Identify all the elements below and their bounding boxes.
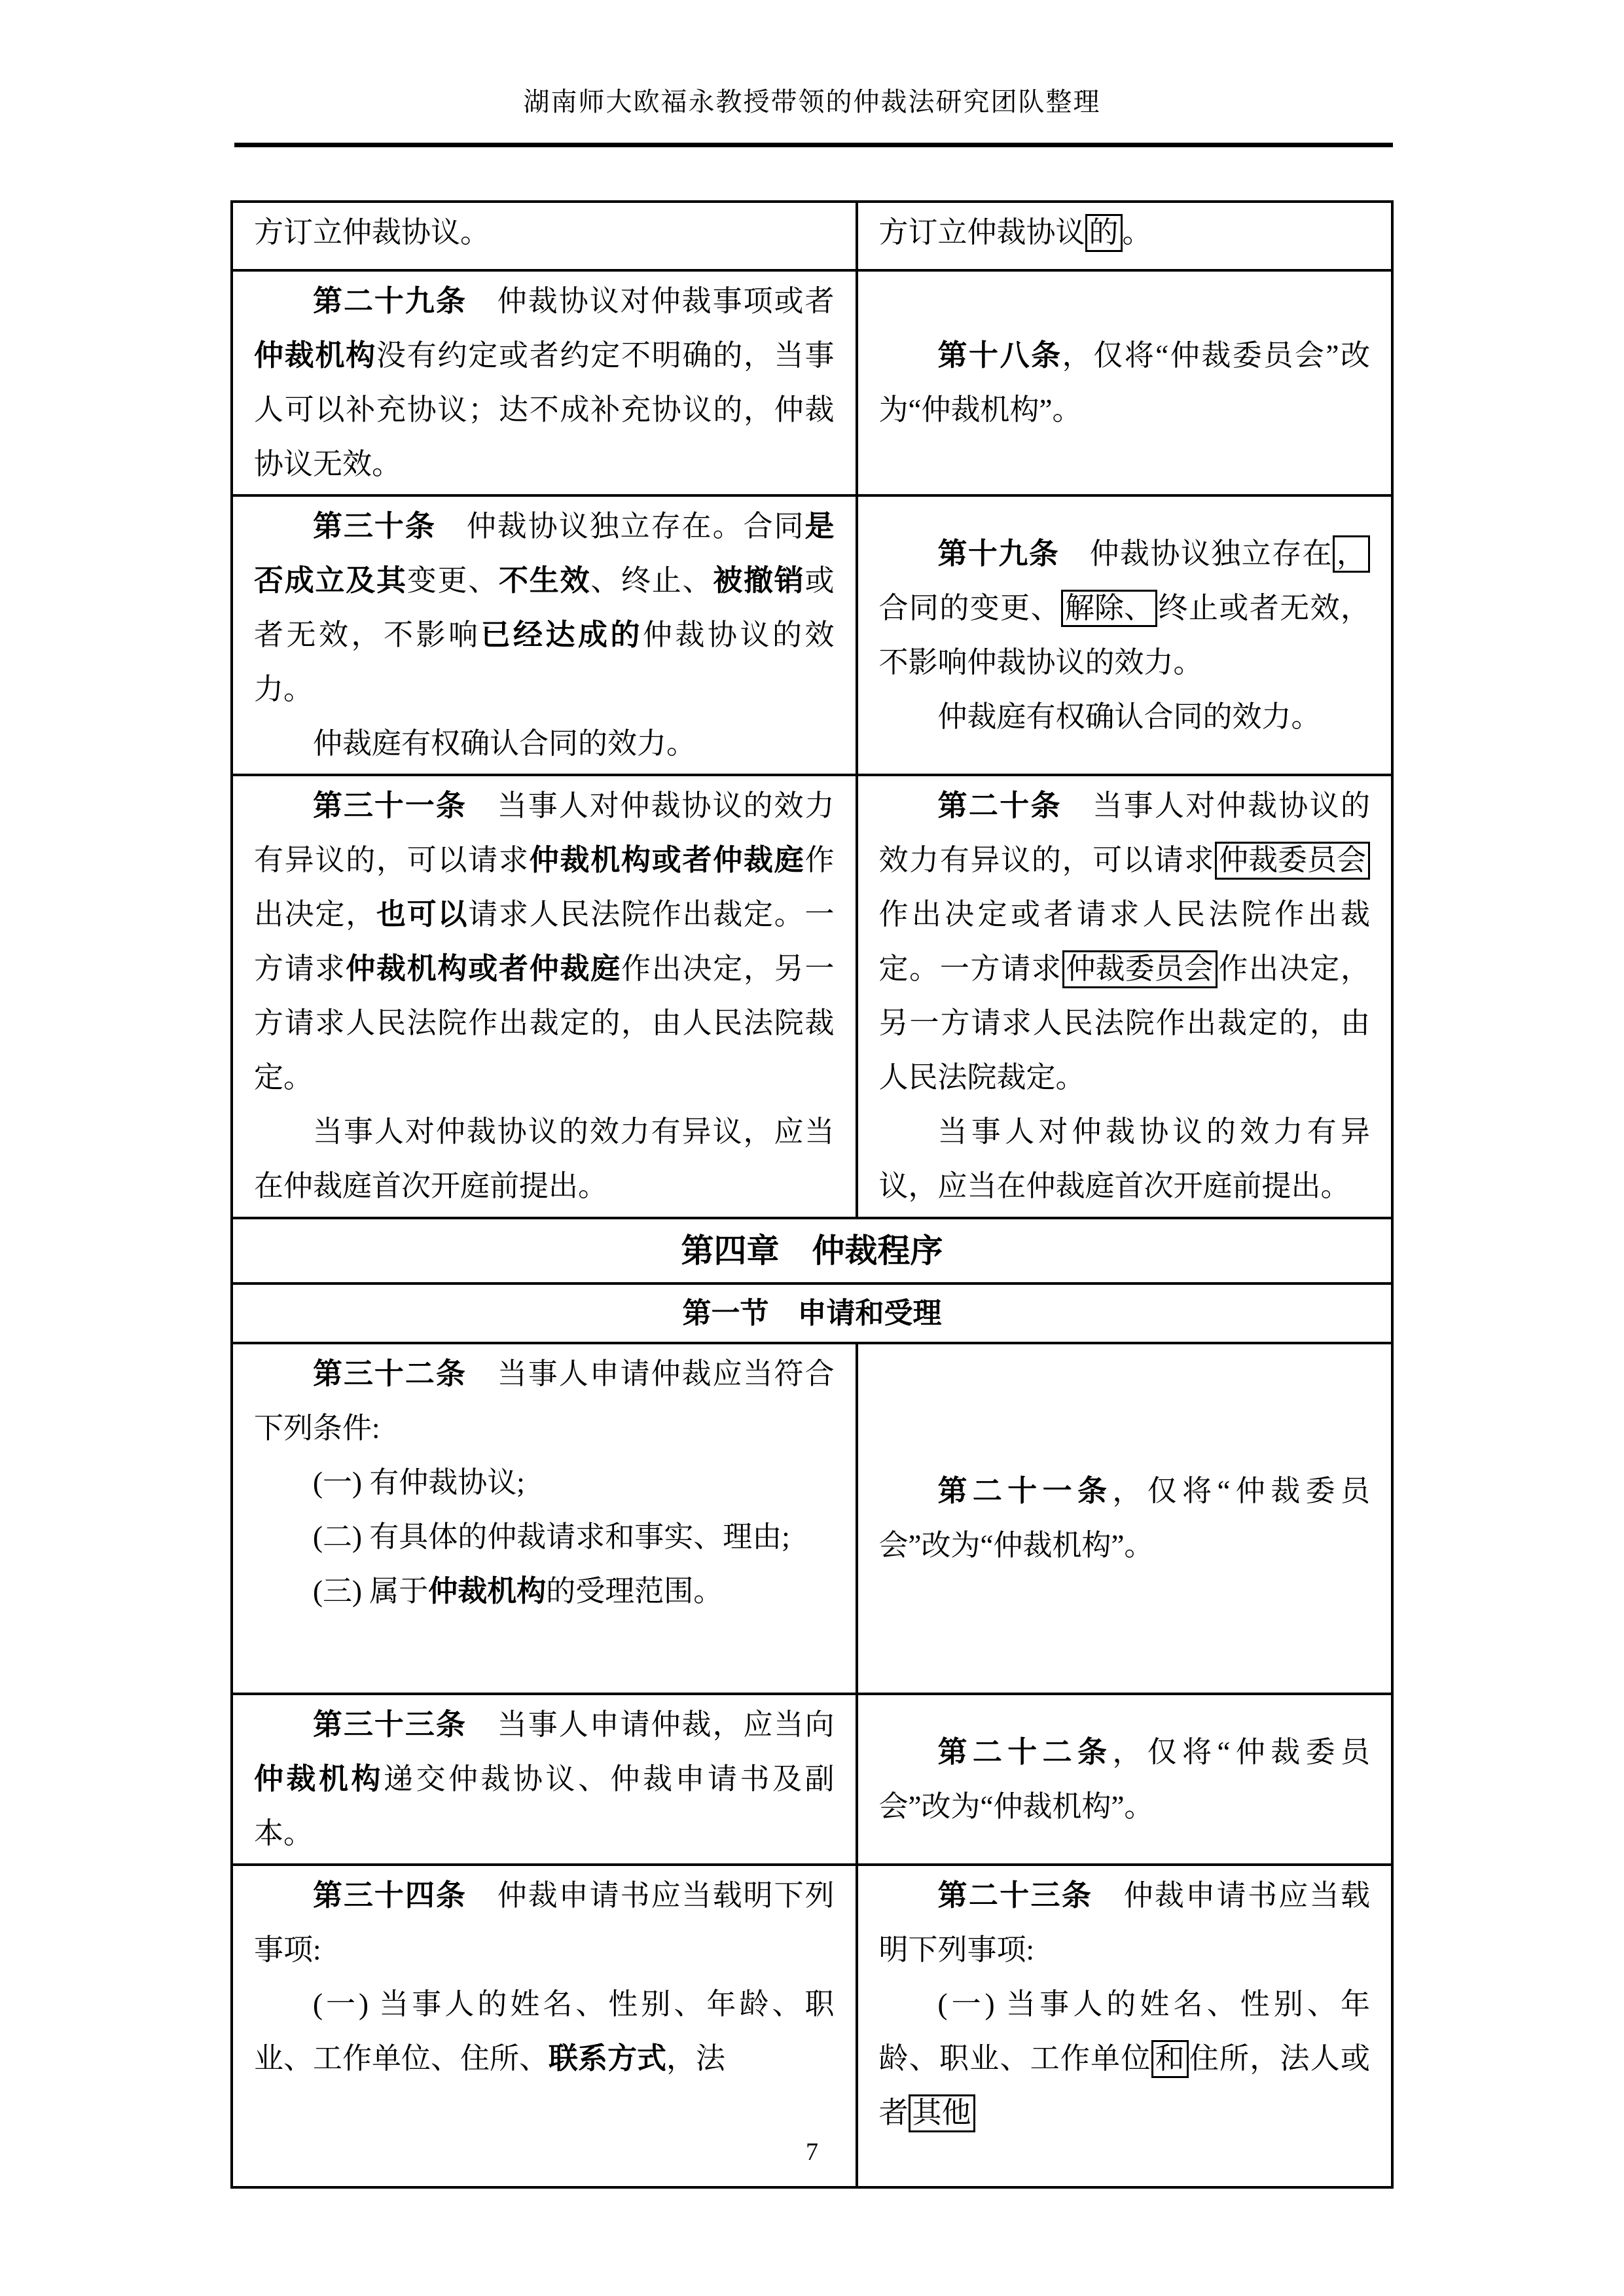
paragraph: 仲裁庭有权确认合同的效力。 bbox=[879, 690, 1371, 744]
table-cell-left: 第二十九条 仲裁协议对仲裁事项或者仲裁机构没有约定或者约定不明确的，当事人可以补… bbox=[232, 270, 857, 495]
article-number: 第二十三条 bbox=[938, 1879, 1093, 1912]
article-number: 第二十条 bbox=[938, 789, 1062, 822]
table-cell-left: 第三十一条 当事人对仲裁协议的效力有异议的，可以请求仲裁机构或者仲裁庭作出决定，… bbox=[232, 775, 857, 1218]
paragraph: 第三十条 仲裁协议独立存在。合同是否成立及其变更、不生效、终止、被撤销或者无效，… bbox=[254, 499, 835, 717]
document-page: 湖南师大欧福永教授带领的仲裁法研究团队整理 方订立仲裁协议。 方订立仲裁协议的。… bbox=[0, 0, 1624, 2296]
text-run: 仲裁协议独立存在 bbox=[1059, 537, 1333, 570]
paragraph: 第三十四条 仲裁申请书应当载明下列事项: bbox=[254, 1869, 835, 1977]
text-run: (三) 属于 bbox=[313, 1575, 428, 1607]
paragraph: 第二十一条，仅将“仲裁委员会”改为“仲裁机构”。 bbox=[879, 1464, 1371, 1573]
bold-text-run: 也可以 bbox=[376, 898, 468, 931]
chapter-title: 第四章 仲裁程序 bbox=[681, 1232, 943, 1269]
article-number: 第十八条 bbox=[938, 339, 1062, 372]
paragraph: 第三十一条 当事人对仲裁协议的效力有异议的，可以请求仲裁机构或者仲裁庭作出决定，… bbox=[254, 779, 835, 1105]
article-number: 第三十二条 bbox=[313, 1357, 467, 1390]
table-cell-left: 第三十三条 当事人申请仲裁，应当向仲裁机构递交仲裁协议、仲裁申请书及副本。 bbox=[232, 1694, 857, 1865]
chapter-heading-row: 第四章 仲裁程序 bbox=[232, 1218, 1392, 1283]
article-number: 第二十一条 bbox=[938, 1475, 1113, 1507]
table-row: 第二十九条 仲裁协议对仲裁事项或者仲裁机构没有约定或者约定不明确的，当事人可以补… bbox=[232, 270, 1392, 495]
paragraph: 第二十三条 仲裁申请书应当载明下列事项: bbox=[879, 1869, 1371, 1977]
article-number: 第十九条 bbox=[938, 537, 1060, 570]
text-run: 当事人对仲裁协议的效力有异议，应当在仲裁庭首次开庭前提出。 bbox=[879, 1115, 1371, 1202]
page-number: 7 bbox=[0, 2138, 1624, 2166]
text-run: 仲裁协议对仲裁事项或者 bbox=[467, 285, 835, 317]
table-cell-left: 第三十条 仲裁协议独立存在。合同是否成立及其变更、不生效、终止、被撤销或者无效，… bbox=[232, 495, 857, 775]
inserted-text-box: 解除、 bbox=[1061, 590, 1157, 628]
text-run: 方订立仲裁协议 bbox=[879, 216, 1085, 249]
table-cell-left: 第三十二条 当事人申请仲裁应当符合下列条件: (一) 有仲裁协议; (二) 有具… bbox=[232, 1343, 857, 1694]
header-rule bbox=[234, 143, 1393, 147]
chapter-heading-cell: 第四章 仲裁程序 bbox=[232, 1218, 1392, 1283]
text-run: ，法 bbox=[666, 2042, 725, 2075]
text-run: 的受理范围。 bbox=[546, 1575, 723, 1607]
bold-text-run: 不生效 bbox=[499, 564, 590, 597]
bold-text-run: 联系方式 bbox=[549, 2042, 666, 2075]
table-cell-right: 第十九条 仲裁协议独立存在，合同的变更、解除、终止或者无效，不影响仲裁协议的效力… bbox=[857, 495, 1393, 775]
list-item: (一) 当事人的姓名、性别、年龄、职业、工作单位和住所，法人或者其他 bbox=[879, 1977, 1371, 2140]
bold-text-run: 仲裁机构 bbox=[254, 1763, 384, 1795]
text-run: 当事人申请仲裁，应当向 bbox=[467, 1708, 835, 1741]
paragraph: 第十八条，仅将“仲裁委员会”改为“仲裁机构”。 bbox=[879, 329, 1371, 437]
text-run: 仲裁庭有权确认合同的效力。 bbox=[313, 727, 696, 760]
paragraph: 第三十三条 当事人申请仲裁，应当向仲裁机构递交仲裁协议、仲裁申请书及副本。 bbox=[254, 1698, 835, 1861]
section-heading-row: 第一节 申请和受理 bbox=[232, 1283, 1392, 1343]
table-row: 第三十一条 当事人对仲裁协议的效力有异议的，可以请求仲裁机构或者仲裁庭作出决定，… bbox=[232, 775, 1392, 1218]
bold-text-run: 已经达成的 bbox=[480, 619, 643, 651]
bold-text-run: 仲裁机构或者仲裁庭 bbox=[530, 844, 805, 876]
inserted-text-box: 其他 bbox=[909, 2094, 975, 2132]
table-cell-right: 第二十条 当事人对仲裁协议的效力有异议的，可以请求仲裁委员会作出决定或者请求人民… bbox=[857, 775, 1393, 1218]
table-row: 第三十条 仲裁协议独立存在。合同是否成立及其变更、不生效、终止、被撤销或者无效，… bbox=[232, 495, 1392, 775]
article-number: 第二十九条 bbox=[313, 285, 467, 317]
table-cell-right: 第十八条，仅将“仲裁委员会”改为“仲裁机构”。 bbox=[857, 270, 1393, 495]
inserted-text-box: 和 bbox=[1151, 2040, 1189, 2078]
list-item: (三) 属于仲裁机构的受理范围。 bbox=[254, 1564, 835, 1619]
page-header-title: 湖南师大欧福永教授带领的仲裁法研究团队整理 bbox=[0, 84, 1624, 120]
article-number: 第三十一条 bbox=[313, 789, 467, 822]
text-run: 变更、 bbox=[407, 564, 499, 597]
list-item: (一) 当事人的姓名、性别、年龄、职业、工作单位、住所、联系方式，法 bbox=[254, 1977, 835, 2086]
list-item: (一) 有仲裁协议; bbox=[254, 1456, 835, 1510]
text-run: 仲裁协议独立存在。合同 bbox=[436, 510, 805, 543]
table-row: 方订立仲裁协议。 方订立仲裁协议的。 bbox=[232, 202, 1392, 270]
paragraph: 第三十二条 当事人申请仲裁应当符合下列条件: bbox=[254, 1347, 835, 1456]
bold-text-run: 被撤销 bbox=[713, 564, 804, 597]
text-run: 方订立仲裁协议。 bbox=[254, 216, 490, 249]
text-run: 。 bbox=[1123, 216, 1152, 249]
table-cell-right: 方订立仲裁协议的。 bbox=[857, 202, 1393, 270]
article-number: 第三十四条 bbox=[313, 1879, 467, 1912]
text-run: (一) 有仲裁协议; bbox=[313, 1466, 525, 1499]
bold-text-run: 仲裁机构或者仲裁庭 bbox=[346, 952, 621, 985]
article-number: 第二十二条 bbox=[938, 1736, 1113, 1768]
table-row: 第三十二条 当事人申请仲裁应当符合下列条件: (一) 有仲裁协议; (二) 有具… bbox=[232, 1343, 1392, 1694]
text-run: 当事人对仲裁协议的效力有异议，应当在仲裁庭首次开庭前提出。 bbox=[254, 1115, 835, 1202]
list-item: (二) 有具体的仲裁请求和事实、理由; bbox=[254, 1510, 835, 1564]
paragraph: 方订立仲裁协议的。 bbox=[879, 206, 1371, 260]
paragraph: 第二十二条，仅将“仲裁委员会”改为“仲裁机构”。 bbox=[879, 1725, 1371, 1834]
text-run: 、终止、 bbox=[590, 564, 713, 597]
paragraph: 第二十九条 仲裁协议对仲裁事项或者仲裁机构没有约定或者约定不明确的，当事人可以补… bbox=[254, 274, 835, 492]
inserted-text-box: 仲裁委员会 bbox=[1215, 842, 1370, 880]
inserted-text-box: 的 bbox=[1085, 214, 1123, 252]
bold-text-run: 仲裁机构 bbox=[254, 339, 376, 372]
paragraph: 第二十条 当事人对仲裁协议的效力有异议的，可以请求仲裁委员会作出决定或者请求人民… bbox=[879, 779, 1371, 1105]
table-cell-right: 第二十一条，仅将“仲裁委员会”改为“仲裁机构”。 bbox=[857, 1343, 1393, 1694]
bold-text-run: 仲裁机构 bbox=[428, 1575, 546, 1607]
paragraph: 仲裁庭有权确认合同的效力。 bbox=[254, 717, 835, 771]
inserted-text-box: ， bbox=[1333, 535, 1370, 573]
law-comparison-table: 方订立仲裁协议。 方订立仲裁协议的。 第二十九条 仲裁协议对仲裁事项或者仲裁机构… bbox=[230, 200, 1394, 2189]
table-row: 第三十三条 当事人申请仲裁，应当向仲裁机构递交仲裁协议、仲裁申请书及副本。 第二… bbox=[232, 1694, 1392, 1865]
text-run: 仲裁庭有权确认合同的效力。 bbox=[938, 700, 1321, 733]
table-cell-right: 第二十二条，仅将“仲裁委员会”改为“仲裁机构”。 bbox=[857, 1694, 1393, 1865]
paragraph: 当事人对仲裁协议的效力有异议，应当在仲裁庭首次开庭前提出。 bbox=[879, 1105, 1371, 1213]
text-run: 合同的变更、 bbox=[879, 592, 1062, 624]
section-heading-cell: 第一节 申请和受理 bbox=[232, 1283, 1392, 1343]
section-title: 第一节 申请和受理 bbox=[683, 1297, 942, 1329]
paragraph: 当事人对仲裁协议的效力有异议，应当在仲裁庭首次开庭前提出。 bbox=[254, 1105, 835, 1213]
paragraph: 方订立仲裁协议。 bbox=[254, 206, 835, 260]
text-run: (一) 当事人的姓名、性别、年龄、职业、工作单位、住所、 bbox=[254, 1988, 835, 2075]
text-run: (二) 有具体的仲裁请求和事实、理由; bbox=[313, 1520, 790, 1553]
table-cell-left: 方订立仲裁协议。 bbox=[232, 202, 857, 270]
article-number: 第三十三条 bbox=[313, 1708, 467, 1741]
inserted-text-box: 仲裁委员会 bbox=[1062, 950, 1218, 988]
article-number: 第三十条 bbox=[313, 510, 436, 543]
paragraph: 第十九条 仲裁协议独立存在，合同的变更、解除、终止或者无效，不影响仲裁协议的效力… bbox=[879, 527, 1371, 690]
